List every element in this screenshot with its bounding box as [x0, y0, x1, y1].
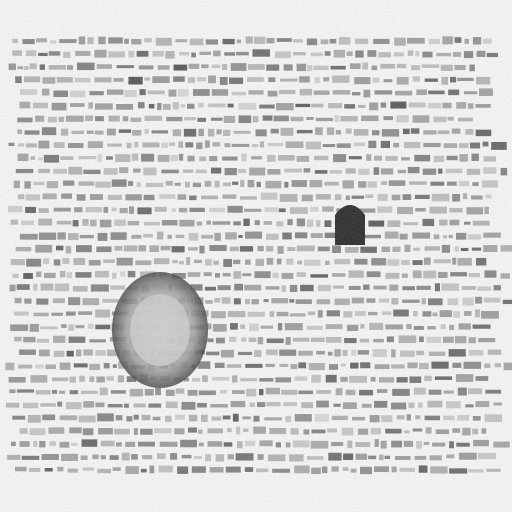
sketch-image: [0, 0, 512, 512]
sketch-artwork: [0, 0, 512, 512]
